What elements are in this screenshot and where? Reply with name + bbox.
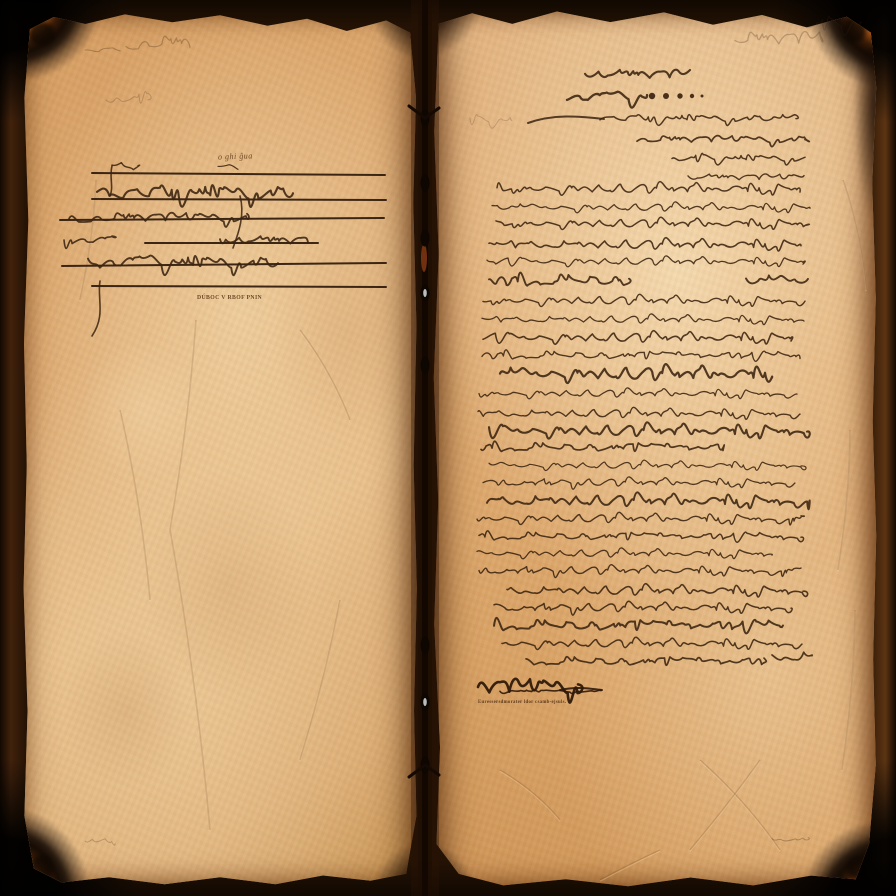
charred-corner-bottom-left (418, 810, 508, 896)
left-page-printed-caption: DÚBOC V RBOF PNIN (197, 294, 262, 300)
burnt-corner-bottom-right (760, 772, 890, 896)
paper-stain (142, 470, 312, 700)
burnt-corner-bottom-left (8, 768, 138, 896)
burnt-corner-top-left (12, 0, 142, 130)
paper-stain (62, 630, 192, 790)
charred-corner-top-right (338, 2, 428, 92)
charred-right-edge (848, 48, 878, 278)
signature-printed-caption: Euressersdmorater ldor csamb-ejsuls. (478, 699, 566, 704)
charred-corner-top-left (422, 0, 512, 88)
left-page-small-heading: o ghi ĝua (218, 151, 253, 161)
right-parchment-page (432, 8, 878, 888)
manuscript-photo: { "document": { "kind": "aged-manuscript… (0, 0, 896, 896)
paper-stain (272, 230, 422, 440)
charred-corner-bottom-right (340, 810, 430, 896)
paper-highlight (82, 340, 202, 480)
left-parchment-page (22, 10, 418, 886)
